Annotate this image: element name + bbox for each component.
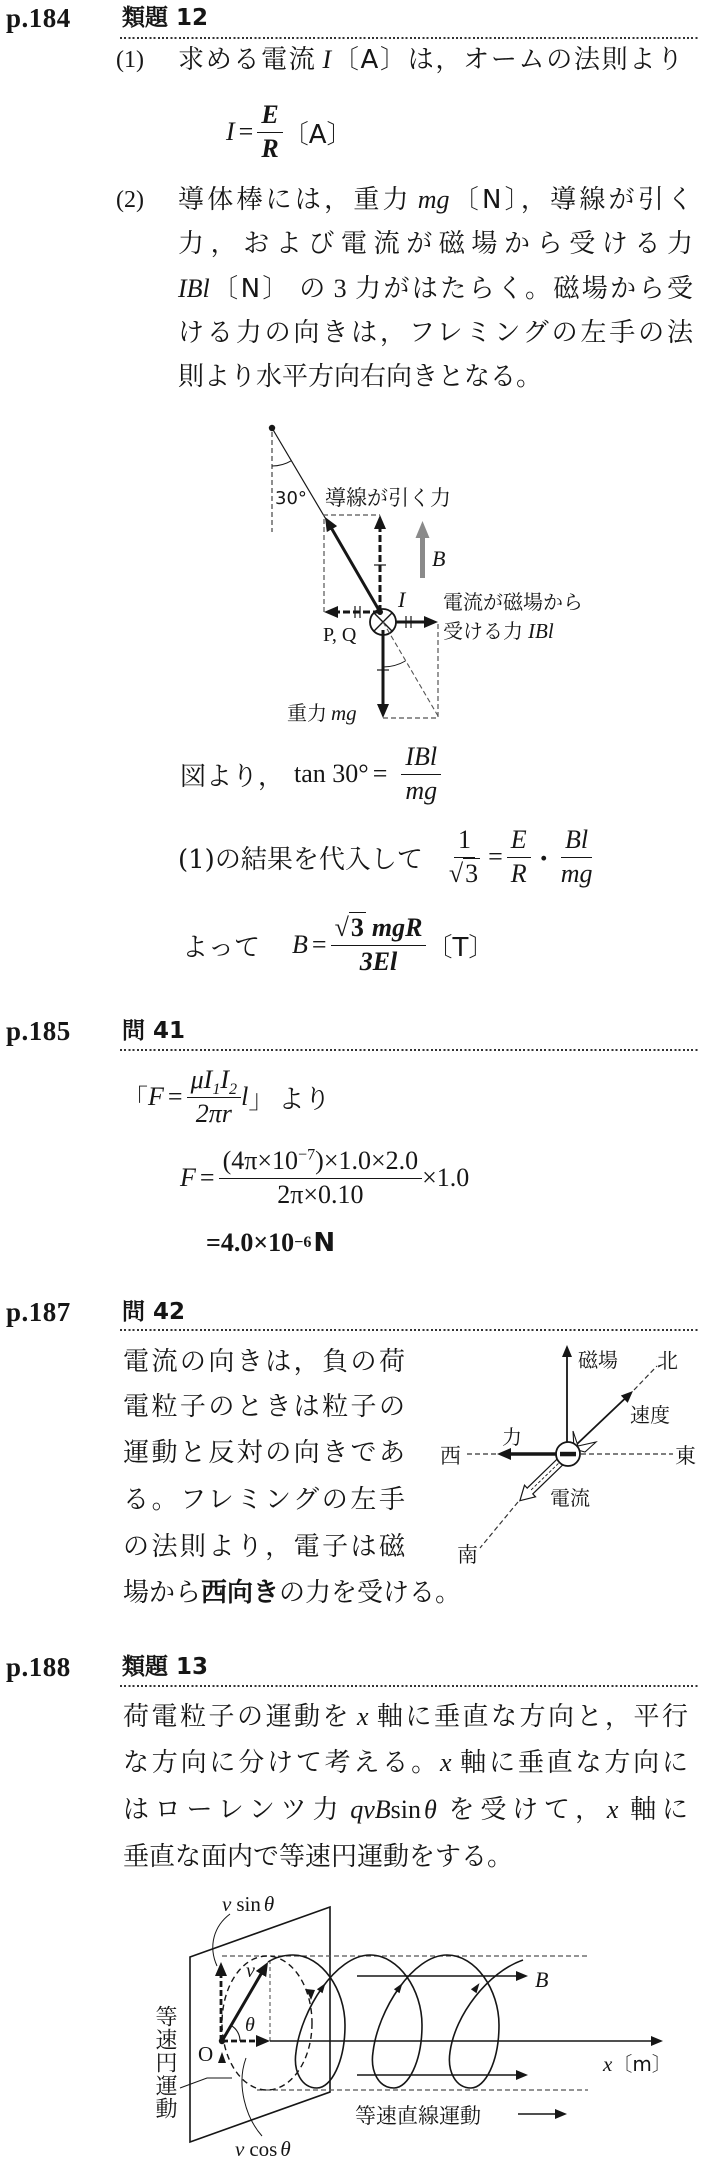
number: 3 xyxy=(334,274,347,303)
question-2-line: 導体棒には，重力mg〔N〕，導線が引く xyxy=(178,178,693,222)
v-sin-label: vsinθ xyxy=(222,1892,274,1916)
fraction: √3mgR3El xyxy=(331,914,427,975)
math-symbol: IBl xyxy=(178,274,210,303)
text-segment: 軸に xyxy=(624,1795,688,1825)
magnetic-force-label: 電流が磁場から xyxy=(443,590,583,614)
text-segment: 垂直な面内で等速円運動をする。 xyxy=(123,1842,513,1872)
text-segment: 軸に垂直な方向と，平行 xyxy=(375,1702,688,1732)
denominator: 2π×0.10 xyxy=(273,1179,367,1209)
text-segment: の力を受ける。 xyxy=(279,1578,461,1608)
text-segment: よって xyxy=(182,927,260,964)
page-reference: p.185 xyxy=(6,1016,71,1046)
text-segment: (1)の結果を代入して xyxy=(178,839,423,876)
question-number: (2) xyxy=(116,178,144,222)
equals-sign: = xyxy=(239,117,254,147)
result-equation: よって B = √3mgR3El 〔T〕 xyxy=(182,915,494,975)
math-symbol: θ xyxy=(424,1795,437,1824)
gravity-label: 重力mg xyxy=(287,701,357,725)
math-symbol: I xyxy=(322,45,331,74)
length-symbol: l xyxy=(241,1082,248,1112)
fraction: ER xyxy=(257,101,282,162)
origin-label: O xyxy=(198,2042,213,2066)
unit: 〔N〕 xyxy=(210,274,291,304)
answer-line: はローレンツ力qvBsinθを受けて，x軸に xyxy=(123,1788,688,1832)
label-unit: 〔m〕 xyxy=(612,2052,671,2076)
sqrt-sign: √ xyxy=(449,859,463,888)
direction-diagram: 磁場 北 速度 力 西 東 電流 南 xyxy=(430,1335,710,1575)
magnetic-field-arrow-shaft xyxy=(420,535,425,578)
angle-label: 30° xyxy=(275,488,307,509)
denominator: mg xyxy=(557,858,597,888)
angle-arc xyxy=(272,461,291,466)
problem-title: 類題 13 xyxy=(122,1652,208,1682)
denominator: R xyxy=(507,858,531,888)
unit: 〔N〕 xyxy=(450,185,521,215)
numerator: 1 xyxy=(454,826,475,857)
label-text: 重力 xyxy=(287,701,327,725)
answer-page: p.184 類題 12 (1) 求める電流I〔A〕は，オームの法則より I = … xyxy=(0,0,720,2162)
velocity-label: 速度 xyxy=(630,1403,670,1427)
label-function: sin xyxy=(236,1892,261,1916)
field-label: B xyxy=(535,1967,548,1992)
formula-lhs: F xyxy=(148,1082,164,1112)
force-formula: 「 F = μI1I22πr l 」 より xyxy=(122,1067,330,1127)
numerator-part: (4π×10 xyxy=(223,1146,298,1175)
math-symbol: qvB xyxy=(350,1795,390,1824)
fraction: ER xyxy=(507,826,531,887)
question-2-line: IBl〔N〕の3力がはたらく。磁場から受 xyxy=(178,267,693,311)
unit: N xyxy=(313,1228,335,1258)
force-diagram: 30° 導線が引く力 B I 電流が磁場から 受ける力IBl P, Q 重力mg xyxy=(240,410,640,740)
velocity-label: v xyxy=(246,1960,255,1982)
text-segment: 荷電粒子の運動を xyxy=(123,1702,351,1732)
denominator: √3 xyxy=(445,858,484,888)
angle-arc xyxy=(383,661,405,667)
question-1-text: 求める電流I〔A〕は，オームの法則より xyxy=(178,38,683,82)
page-reference: p.187 xyxy=(6,1297,71,1327)
formula-lhs: I xyxy=(226,117,235,147)
text-segment: ける力の向きは，フレミングの左手の法 xyxy=(178,318,693,348)
numerator: √3mgR xyxy=(331,914,427,945)
fraction: (4π×10−7)×1.0×2.02π×0.10 xyxy=(219,1147,423,1208)
trig-expression: tan 30° xyxy=(294,759,369,789)
text-segment: はローレンツ力 xyxy=(123,1795,344,1825)
wire-force-label: 導線が引く力 xyxy=(325,486,451,510)
text-segment: 力がはたらく。磁場から受 xyxy=(353,274,693,304)
velocity-arrow xyxy=(222,1968,265,2041)
v-cos-label: vcosθ xyxy=(235,2137,291,2161)
helix-direction-arrow xyxy=(317,1983,326,1993)
fraction: μI1I22πr xyxy=(187,1066,242,1127)
problem-title: 問 42 xyxy=(122,1297,185,1327)
answer-line: 電流の向きは，負の荷 xyxy=(123,1340,405,1384)
page-reference: p.188 xyxy=(6,1652,71,1682)
south-label: 南 xyxy=(457,1543,478,1567)
west-label: 西 xyxy=(440,1444,461,1468)
result-value: =4.0×10 xyxy=(206,1228,294,1258)
angle-arc xyxy=(231,2025,240,2041)
question-2-line: 則より水平方向右向きとなる。 xyxy=(178,355,542,399)
numerator: E xyxy=(507,826,531,857)
fraction: Blmg xyxy=(557,826,597,887)
text-segment: を受けて， xyxy=(443,1795,607,1825)
magnetic-force-label: 受ける力IBl xyxy=(443,619,554,643)
math-symbol: x xyxy=(440,1748,452,1777)
equals-sign: = xyxy=(488,842,503,872)
sqrt-sign: √ xyxy=(335,913,349,942)
numerator: (4π×10−7)×1.0×2.0 xyxy=(219,1147,423,1178)
math-symbol: x xyxy=(357,1702,369,1731)
force-result: =4.0×10−6N xyxy=(206,1213,335,1273)
emphasis-text: 西向き xyxy=(201,1578,279,1608)
close-quote: 」 xyxy=(248,1079,274,1116)
denominator: R xyxy=(257,133,282,163)
math-symbol: mg xyxy=(418,185,450,214)
answer-line: 場から西向きの力を受ける。 xyxy=(123,1571,461,1615)
text-segment: る。フレミングの左手 xyxy=(123,1485,405,1515)
page-reference: p.184 xyxy=(6,3,71,33)
south-north-axis xyxy=(634,1366,657,1390)
numerator: E xyxy=(257,101,282,132)
text-segment: の法則より，電子は磁 xyxy=(123,1532,405,1562)
denominator: 3El xyxy=(356,946,402,976)
magnetic-field-arrow-head xyxy=(416,521,430,538)
formula-lhs: F xyxy=(180,1163,196,1193)
linear-motion-label: 等速直線運動 xyxy=(355,2104,481,2128)
unit: 〔T〕 xyxy=(426,927,494,964)
mu: μ xyxy=(191,1065,204,1094)
answer-line: 荷電粒子の運動をx軸に垂直な方向と，平行 xyxy=(123,1695,688,1739)
label-text: 受ける力 xyxy=(443,619,523,643)
perpendicular-plane xyxy=(190,1907,330,2142)
formula-lhs: B xyxy=(292,930,308,960)
text-segment: は，オームの法則より xyxy=(408,45,683,75)
label-symbol: v xyxy=(235,2137,245,2161)
text-segment: 軸に垂直な方向に xyxy=(457,1748,688,1778)
helix-diagram: vsinθ v θ O B x〔m〕 等速直線運動 vcosθ xyxy=(140,1885,680,2162)
text-segment: 電粒子のときは粒子の xyxy=(123,1392,405,1422)
text-segment: より xyxy=(278,1079,330,1116)
current-label: 電流 xyxy=(550,1486,590,1510)
helix-direction-arrow xyxy=(394,1983,403,1993)
equals-sign: = xyxy=(373,759,388,789)
fraction: 1√3 xyxy=(445,826,484,887)
equals-sign: = xyxy=(168,1082,183,1112)
angle-label: θ xyxy=(245,2014,255,2036)
tan-equation: 図より， tan 30° = IBlmg xyxy=(180,744,441,804)
resultant-diagonal xyxy=(383,622,438,716)
axis-label: x〔m〕 xyxy=(602,2052,672,2076)
label-symbol: θ xyxy=(280,2137,290,2161)
exponent: −7 xyxy=(298,1147,315,1164)
multiply-dot: ・ xyxy=(531,839,557,876)
rod-point xyxy=(377,609,383,615)
numerator-symbols: mgR xyxy=(372,913,423,942)
dotted-rule xyxy=(120,1685,698,1687)
numerator: Bl xyxy=(561,826,592,857)
equals-sign: = xyxy=(200,1163,215,1193)
circular-motion-label: 等速円運動 xyxy=(152,2005,176,2120)
text-segment: 運動と反対の向きであ xyxy=(123,1438,405,1468)
label-function: cos xyxy=(249,2137,277,2161)
label-symbol: v xyxy=(222,1892,232,1916)
circular-direction-arrow xyxy=(218,2052,226,2063)
answer-line: る。フレミングの左手 xyxy=(123,1478,405,1522)
tension-arrow xyxy=(329,523,381,612)
east-label: 東 xyxy=(675,1444,696,1468)
current-label: I xyxy=(397,587,407,612)
dotted-rule xyxy=(120,1049,698,1051)
substitution-equation: F = (4π×10−7)×1.0×2.02π×0.10 ×1.0 xyxy=(180,1148,469,1208)
problem-title: 類題 12 xyxy=(122,3,208,33)
text-segment: 場から xyxy=(123,1578,201,1608)
text-segment: な方向に分けて考える。 xyxy=(123,1748,440,1778)
question-2-line: ける力の向きは，フレミングの左手の法 xyxy=(178,311,693,355)
label-symbol: mg xyxy=(331,701,357,725)
dotted-rule xyxy=(120,1329,698,1331)
length-factor: ×1.0 xyxy=(422,1163,469,1193)
suspension-point xyxy=(269,425,275,431)
north-label: 北 xyxy=(657,1349,678,1373)
label-symbol: IBl xyxy=(527,619,554,643)
problem-title: 問 41 xyxy=(122,1016,185,1046)
radicand: 3 xyxy=(463,858,480,888)
circular-motion-path xyxy=(222,1956,312,2090)
math-symbol: x xyxy=(607,1795,619,1824)
fraction: IBlmg xyxy=(401,743,441,804)
velocity-arrow xyxy=(576,1395,629,1445)
ohm-law-formula: I = ER 〔A〕 xyxy=(226,102,352,162)
text-segment: 導体棒には，重力 xyxy=(178,185,412,215)
text-segment: の xyxy=(297,274,328,304)
numerator: IBl xyxy=(401,743,441,774)
answer-line: 運動と反対の向きであ xyxy=(123,1431,405,1475)
field-label: B xyxy=(432,546,445,571)
denominator: 2πr xyxy=(192,1098,236,1128)
answer-line: の法則より，電子は磁 xyxy=(123,1525,405,1569)
points-label: P, Q xyxy=(323,624,357,646)
subscript: 2 xyxy=(229,1082,237,1099)
current-symbol: I xyxy=(220,1065,229,1094)
label-symbol: θ xyxy=(264,1892,274,1916)
answer-line: な方向に分けて考える。x軸に垂直な方向に xyxy=(123,1741,688,1785)
unit: 〔A〕 xyxy=(331,45,408,75)
answer-line: 電粒子のときは粒子の xyxy=(123,1385,405,1429)
leader-line xyxy=(242,2058,262,2136)
leader-line xyxy=(213,1914,230,1966)
equals-sign: = xyxy=(312,930,327,960)
answer-line: 垂直な面内で等速円運動をする。 xyxy=(123,1835,513,1879)
text-segment: 力，および電流が磁場から受ける力 xyxy=(178,229,693,259)
question-2-line: 力，および電流が磁場から受ける力 xyxy=(178,222,693,266)
substitution-equation: (1)の結果を代入して 1√3 = ER ・ Blmg xyxy=(178,827,596,887)
unit: 〔A〕 xyxy=(283,114,353,151)
south-north-axis xyxy=(480,1502,518,1548)
origin-point xyxy=(219,2038,225,2044)
text-segment: 則より水平方向右向きとなる。 xyxy=(178,362,542,392)
question-number: (1) xyxy=(116,38,144,82)
text-segment: 求める電流 xyxy=(178,45,316,75)
minus-sign-icon xyxy=(560,1452,576,1457)
numerator-part: )×1.0×2.0 xyxy=(315,1146,418,1175)
current-symbol: I xyxy=(204,1065,213,1094)
math-function: sin xyxy=(391,1795,421,1824)
leader-line xyxy=(180,2078,232,2088)
text-segment: ，導線が引く xyxy=(521,185,693,215)
text-segment: 電流の向きは，負の荷 xyxy=(123,1347,405,1377)
text-segment: 図より， xyxy=(180,756,284,793)
numerator: μI1I2 xyxy=(187,1066,242,1097)
open-quote: 「 xyxy=(122,1079,148,1116)
force-label: 力 xyxy=(502,1425,522,1449)
field-label: 磁場 xyxy=(578,1348,618,1372)
radicand: 3 xyxy=(349,912,366,942)
denominator: mg xyxy=(401,775,441,805)
helical-path xyxy=(268,1955,523,2088)
